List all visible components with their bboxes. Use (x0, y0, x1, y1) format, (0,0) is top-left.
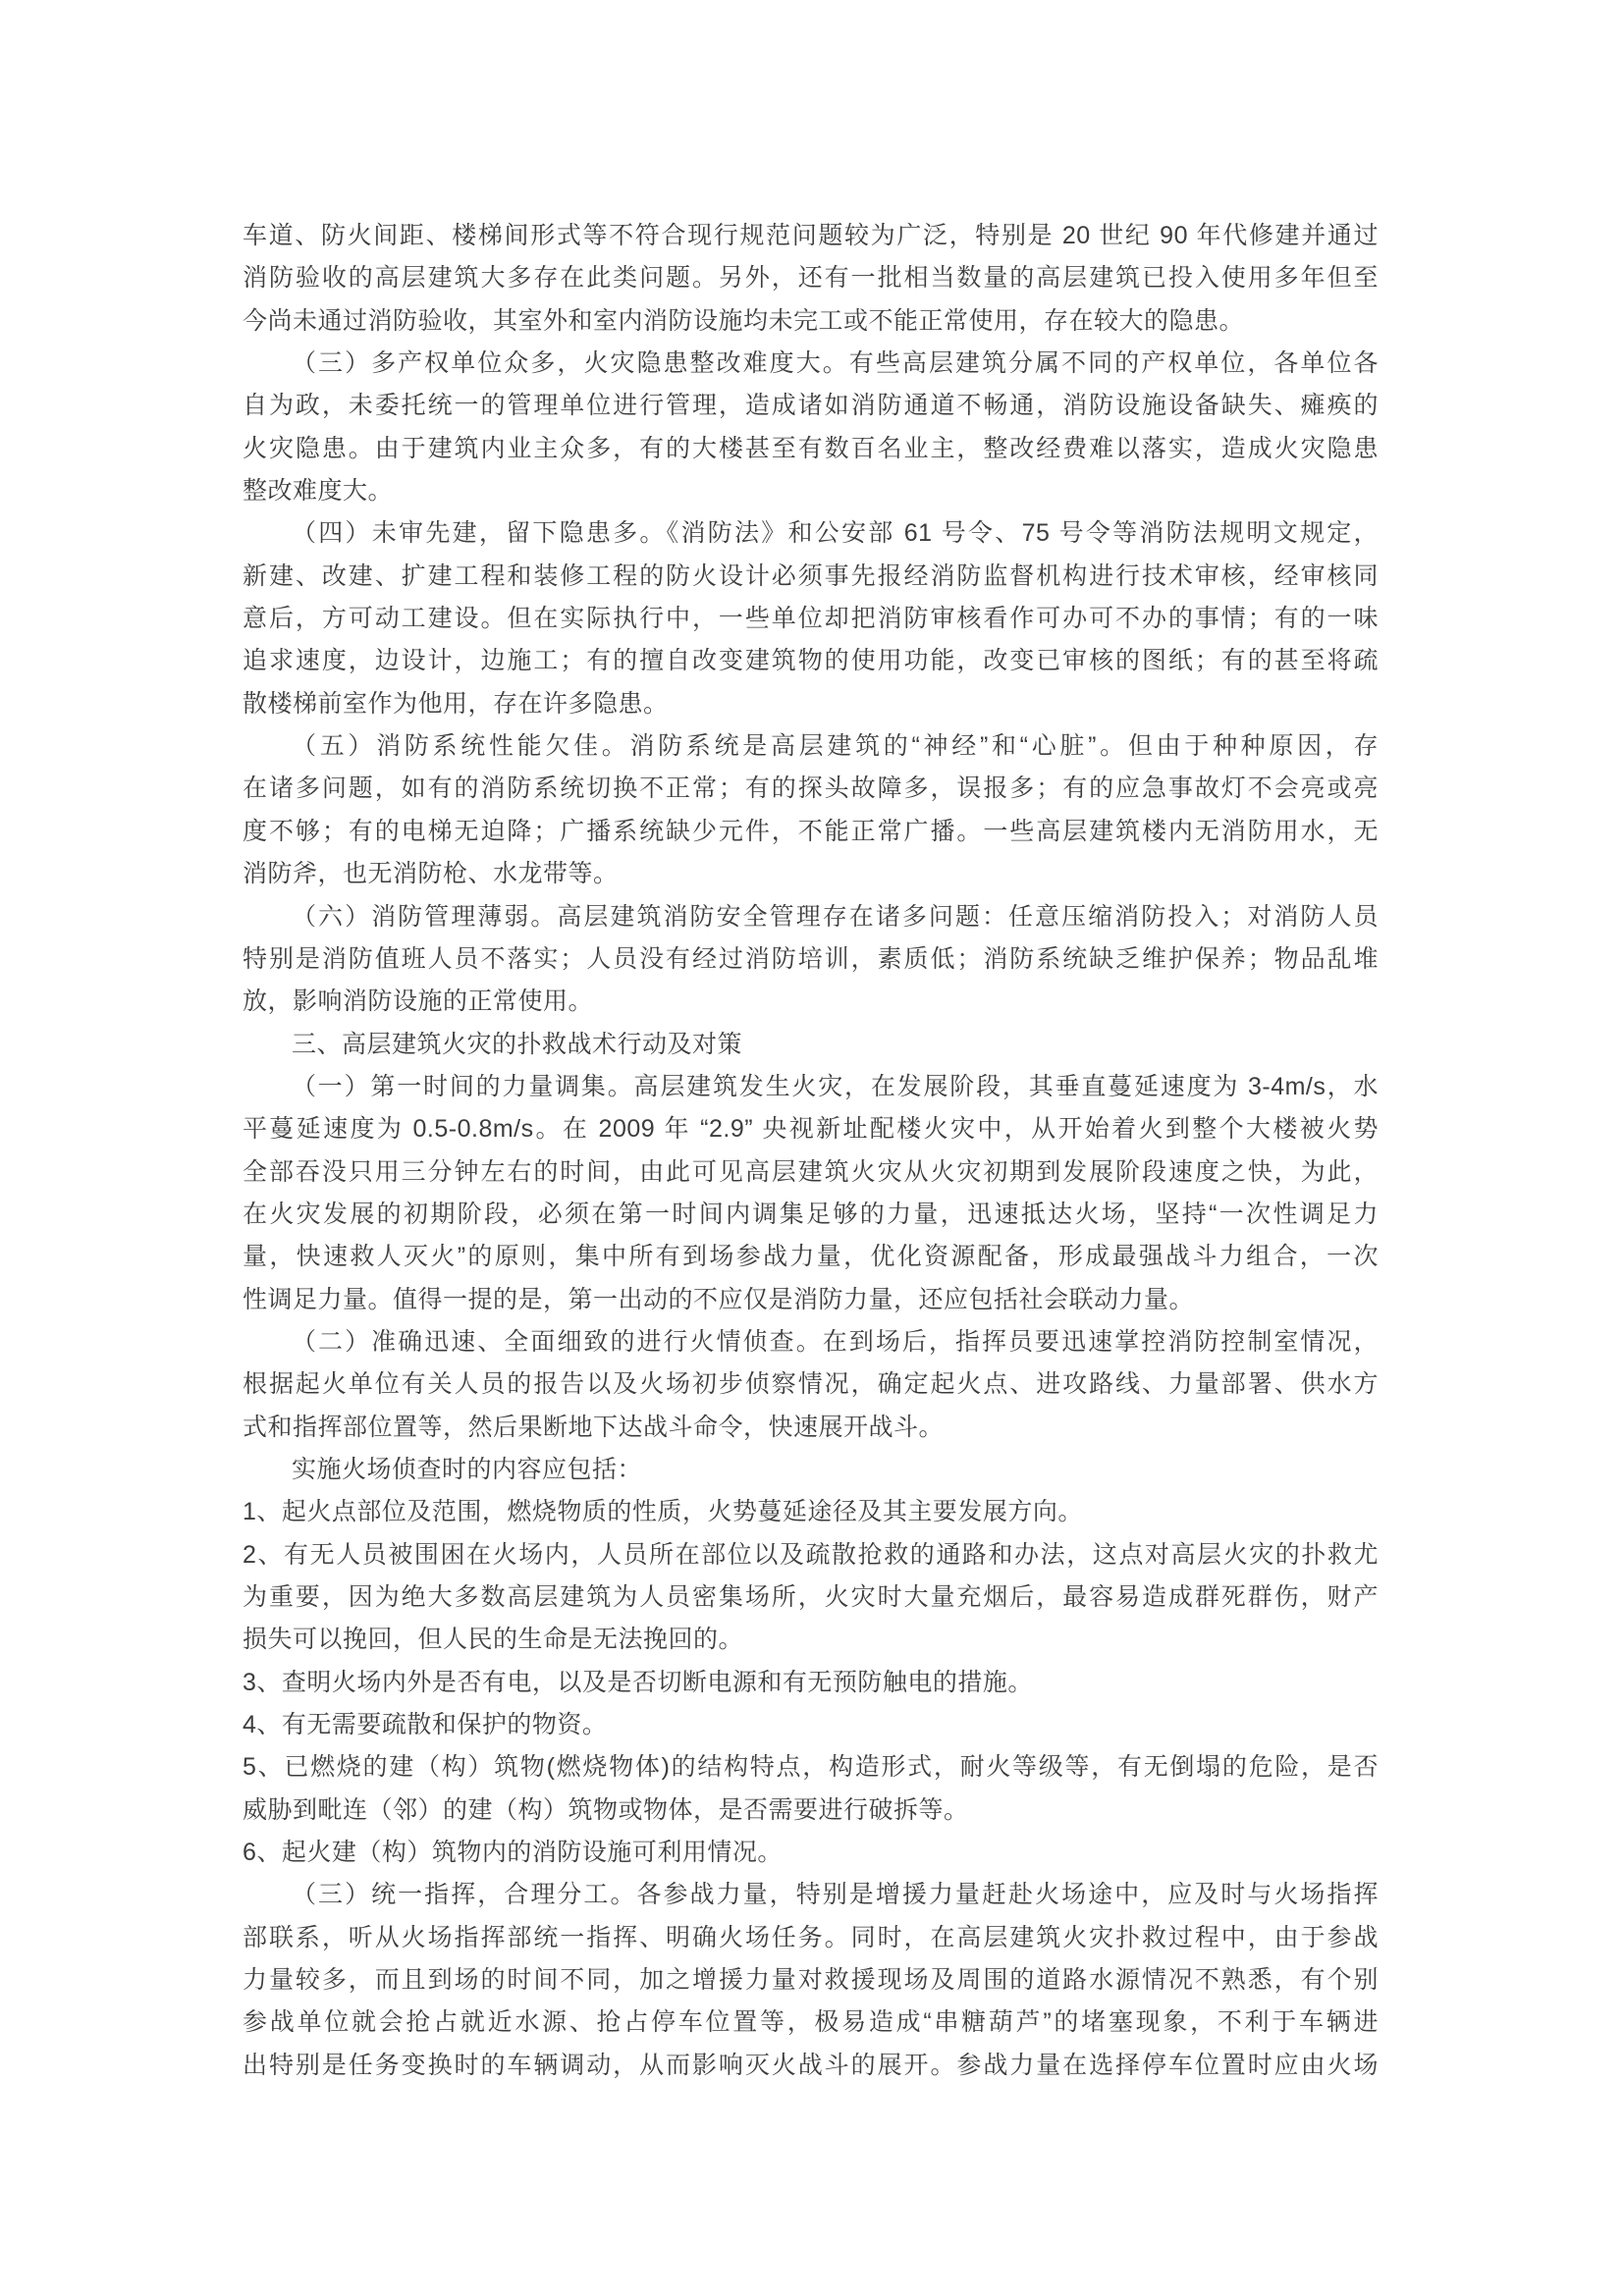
text-line: 损失可以挽回，但人民的生命是无法挽回的。 (243, 1619, 1379, 1661)
text-line: 力量较多，而且到场的时间不同，加之增援力量对救援现场及周围的道路水源情况不熟悉，… (243, 1959, 1379, 2002)
text-line: 性调足力量。值得一提的是，第一出动的不应仅是消防力量，还应包括社会联动力量。 (243, 1279, 1379, 1321)
text-line: 在火灾发展的初期阶段，必须在第一时间内调集足够的力量，迅速抵达火场，坚持“一次性… (243, 1194, 1379, 1236)
text-line: 量，快速救人灭火”的原则，集中所有到场参战力量，优化资源配备，形成最强战斗力组合… (243, 1236, 1379, 1278)
text-line: 今尚未通过消防验收，其室外和室内消防设施均未完工或不能正常使用，存在较大的隐患。 (243, 300, 1379, 343)
text-line: 式和指挥部位置等，然后果断地下达战斗命令，快速展开战斗。 (243, 1407, 1379, 1449)
text-line: （五）消防系统性能欠佳。消防系统是高层建筑的“神经”和“心脏”。但由于种种原因，… (243, 725, 1379, 768)
text-line: （二）准确迅速、全面细致的进行火情侦查。在到场后，指挥员要迅速掌控消防控制室情况… (243, 1321, 1379, 1363)
text-line: 5、已燃烧的建（构）筑物(燃烧物体)的结构特点，构造形式，耐火等级等，有无倒塌的… (243, 1746, 1379, 1789)
text-line: 特别是消防值班人员不落实；人员没有经过消防培训，素质低；消防系统缺乏维护保养；物… (243, 938, 1379, 981)
text-line: （四）未审先建，留下隐患多。《消防法》和公安部 61 号令、75 号令等消防法规… (243, 512, 1379, 555)
text-line: 车道、防火间距、楼梯间形式等不符合现行规范问题较为广泛，特别是 20 世纪 90… (243, 215, 1379, 257)
text-line: 消防斧，也无消防枪、水龙带等。 (243, 853, 1379, 895)
text-line: 参战单位就会抢占就近水源、抢占停车位置等，极易造成“串糖葫芦”的堵塞现象，不利于… (243, 2002, 1379, 2044)
text-line: 平蔓延速度为 0.5-0.8m/s。在 2009 年 “2.9” 央视新址配楼火… (243, 1108, 1379, 1150)
text-line: 自为政，未委托统一的管理单位进行管理，造成诸如消防通道不畅通，消防设施设备缺失、… (243, 385, 1379, 427)
text-line: 意后，方可动工建设。但在实际执行中，一些单位却把消防审核看作可办可不办的事情；有… (243, 598, 1379, 640)
text-line: 放，影响消防设施的正常使用。 (243, 981, 1379, 1023)
text-line: 2、有无人员被围困在火场内，人员所在部位以及疏散抢救的通路和办法，这点对高层火灾… (243, 1534, 1379, 1576)
text-line: （三）统一指挥，合理分工。各参战力量，特别是增援力量赶赴火场途中，应及时与火场指… (243, 1874, 1379, 1916)
text-line: 实施火场侦查时的内容应包括： (243, 1449, 1379, 1491)
text-line: 根据起火单位有关人员的报告以及火场初步侦察情况，确定起火点、进攻路线、力量部署、… (243, 1363, 1379, 1406)
text-line: 1、起火点部位及范围，燃烧物质的性质，火势蔓延途径及其主要发展方向。 (243, 1491, 1379, 1533)
document-body: 车道、防火间距、楼梯间形式等不符合现行规范问题较为广泛，特别是 20 世纪 90… (243, 215, 1379, 2087)
text-line: 为重要，因为绝大多数高层建筑为人员密集场所，火灾时大量充烟后，最容易造成群死群伤… (243, 1576, 1379, 1619)
text-line: 6、起火建（构）筑物内的消防设施可利用情况。 (243, 1832, 1379, 1874)
text-line: 部联系，听从火场指挥部统一指挥、明确火场任务。同时，在高层建筑火灾扑救过程中，由… (243, 1917, 1379, 1959)
text-line: 度不够；有的电梯无迫降；广播系统缺少元件，不能正常广播。一些高层建筑楼内无消防用… (243, 811, 1379, 853)
text-line: 散楼梯前室作为他用，存在许多隐患。 (243, 683, 1379, 725)
text-line: 全部吞没只用三分钟左右的时间，由此可见高层建筑火灾从火灾初期到发展阶段速度之快，… (243, 1151, 1379, 1194)
text-line: 整改难度大。 (243, 470, 1379, 512)
text-line: 新建、改建、扩建工程和装修工程的防火设计必须事先报经消防监督机构进行技术审核，经… (243, 556, 1379, 598)
text-line: 出特别是任务变换时的车辆调动，从而影响灭火战斗的展开。参战力量在选择停车位置时应… (243, 2045, 1379, 2087)
text-line: 消防验收的高层建筑大多存在此类问题。另外，还有一批相当数量的高层建筑已投入使用多… (243, 257, 1379, 299)
text-line: 4、有无需要疏散和保护的物资。 (243, 1704, 1379, 1746)
text-line: 在诸多问题，如有的消防系统切换不正常；有的探头故障多，误报多；有的应急事故灯不会… (243, 768, 1379, 810)
document-page: 车道、防火间距、楼梯间形式等不符合现行规范问题较为广泛，特别是 20 世纪 90… (0, 0, 1624, 2296)
text-line: 火灾隐患。由于建筑内业主众多，有的大楼甚至有数百名业主，整改经费难以落实，造成火… (243, 428, 1379, 470)
text-line: 3、查明火场内外是否有电，以及是否切断电源和有无预防触电的措施。 (243, 1662, 1379, 1704)
text-line: 三、高层建筑火灾的扑救战术行动及对策 (243, 1024, 1379, 1066)
text-line: 威胁到毗连（邻）的建（构）筑物或物体，是否需要进行破拆等。 (243, 1789, 1379, 1832)
text-line: （三）多产权单位众多，火灾隐患整改难度大。有些高层建筑分属不同的产权单位，各单位… (243, 343, 1379, 385)
text-line: （六）消防管理薄弱。高层建筑消防安全管理存在诸多问题：任意压缩消防投入；对消防人… (243, 896, 1379, 938)
text-line: （一）第一时间的力量调集。高层建筑发生火灾，在发展阶段，其垂直蔓延速度为 3-4… (243, 1066, 1379, 1108)
text-line: 追求速度，边设计，边施工；有的擅自改变建筑物的使用功能，改变已审核的图纸；有的甚… (243, 640, 1379, 682)
